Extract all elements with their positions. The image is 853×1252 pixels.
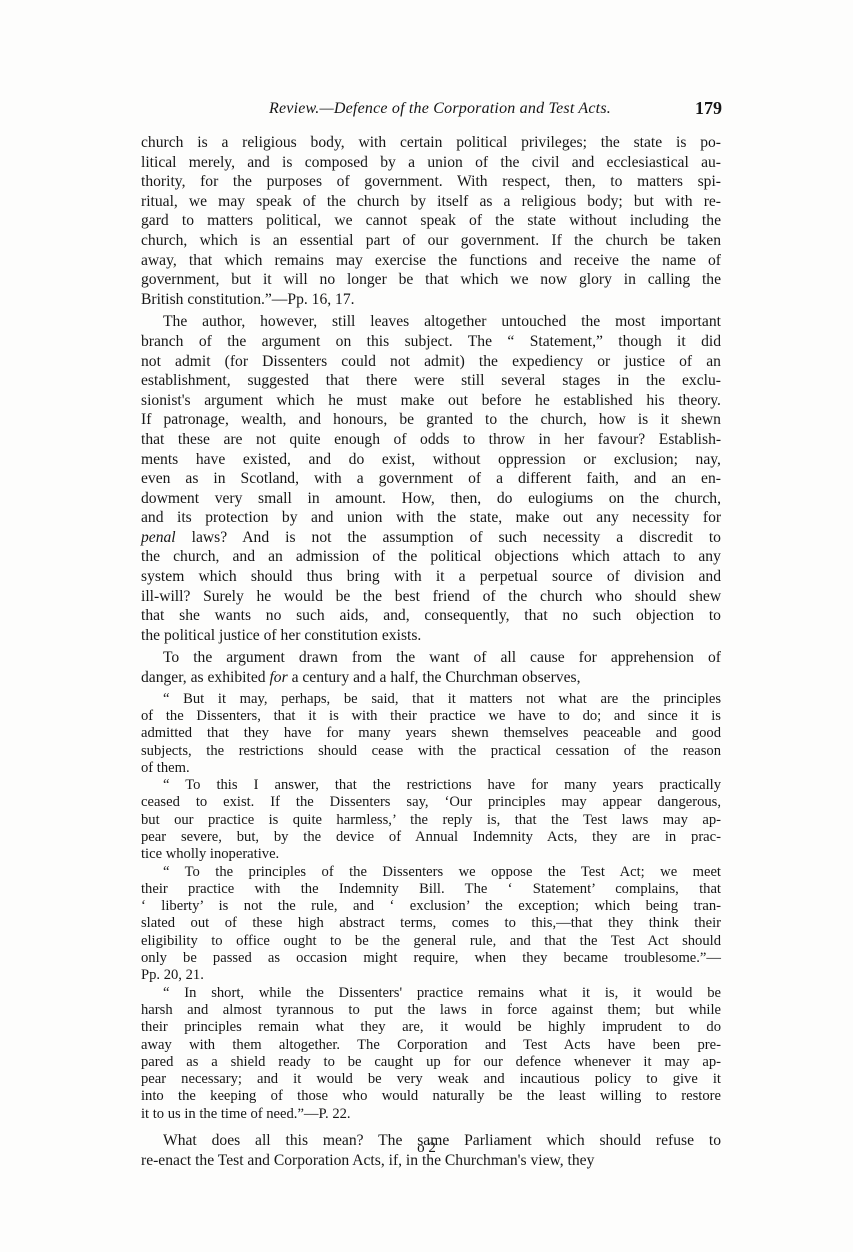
block-quote-paragraph: “ To the principles of the Dissenters we… (141, 864, 721, 985)
body-paragraph: To the argument drawn from the want of a… (141, 648, 721, 687)
text-line: “ To the principles of the Dissenters we… (141, 864, 721, 881)
text-line: gard to matters political, we cannot spe… (141, 211, 721, 231)
body-paragraph: The author, however, still leaves altoge… (141, 312, 721, 645)
text-line: of them. (141, 760, 721, 777)
text-line: that she wants no such aids, and, conseq… (141, 606, 721, 626)
text-line: dowment very small in amount. How, then,… (141, 489, 721, 509)
text-line: ‘ liberty’ is not the rule, and ‘ exclus… (141, 898, 721, 915)
text-line: that these are not quite enough of odds … (141, 430, 721, 450)
text-line: government, but it will no longer be tha… (141, 270, 721, 290)
text-line: church, which is an essential part of ou… (141, 231, 721, 251)
text-line: If patronage, wealth, and honours, be gr… (141, 410, 721, 430)
text-line: litical merely, and is composed by a uni… (141, 153, 721, 173)
block-quote-paragraph: “ In short, while the Dissenters' practi… (141, 985, 721, 1123)
text-line: their principles remain what they are, i… (141, 1019, 721, 1036)
text-line: subjects, the restrictions should cease … (141, 743, 721, 760)
text-line: To the argument drawn from the want of a… (141, 648, 721, 668)
running-head: Review.—Defence of the Corporation and T… (140, 100, 722, 122)
book-page: Review.—Defence of the Corporation and T… (0, 0, 853, 1252)
text-line: sionist's argument which he must make ou… (141, 391, 721, 411)
body-paragraph: church is a religious body, with certain… (141, 133, 721, 309)
block-quote-paragraph: “ But it may, perhaps, be said, that it … (141, 691, 721, 777)
text-line: it to us in the time of need.”—P. 22. (141, 1106, 721, 1123)
text-line: into the keeping of those who would natu… (141, 1088, 721, 1105)
text-line: British constitution.”—Pp. 16, 17. (141, 290, 721, 310)
text-line: the church, and an admission of the poli… (141, 547, 721, 567)
text-line: Pp. 20, 21. (141, 967, 721, 984)
text-line: church is a religious body, with certain… (141, 133, 721, 153)
text-line: slated out of these high abstract terms,… (141, 915, 721, 932)
text-line: away with them altogether. The Corporati… (141, 1037, 721, 1054)
text-line: pear necessary; and it would be very wea… (141, 1071, 721, 1088)
text-line: of the Dissenters, that it is with their… (141, 708, 721, 725)
text-line: ritual, we may speak of the church by it… (141, 192, 721, 212)
running-title: Review.—Defence of the Corporation and T… (230, 100, 650, 118)
text-line: penal laws? And is not the assumption of… (141, 528, 721, 548)
text-column: church is a religious body, with certain… (141, 133, 721, 1170)
text-line: the political justice of her constitutio… (141, 626, 721, 646)
text-line: harsh and almost tyrannous to put the la… (141, 1002, 721, 1019)
text-line: pear severe, but, by the device of Annua… (141, 829, 721, 846)
text-line: ceased to exist. If the Dissenters say, … (141, 794, 721, 811)
text-line: eligibility to office ought to be the ge… (141, 933, 721, 950)
text-line: away, that which remains may exercise th… (141, 251, 721, 271)
text-line: their practice with the Indemnity Bill. … (141, 881, 721, 898)
text-line: “ But it may, perhaps, be said, that it … (141, 691, 721, 708)
text-line: tice wholly inoperative. (141, 846, 721, 863)
text-line: The author, however, still leaves altoge… (141, 312, 721, 332)
signature-mark: o 2 (0, 1140, 853, 1157)
text-line: admitted that they have for many years s… (141, 725, 721, 742)
text-line: “ In short, while the Dissenters' practi… (141, 985, 721, 1002)
text-line: only be passed as occasion might require… (141, 950, 721, 967)
text-line: ill-will? Surely he would be the best fr… (141, 587, 721, 607)
text-line: system which should thus bring with it a… (141, 567, 721, 587)
page-number: 179 (695, 98, 722, 119)
text-line: pared as a shield ready to be caught up … (141, 1054, 721, 1071)
text-line: “ To this I answer, that the restriction… (141, 777, 721, 794)
text-line: ments have existed, and do exist, withou… (141, 450, 721, 470)
text-line: but our practice is quite harmless,’ the… (141, 812, 721, 829)
text-line: not admit (for Dissenters could not admi… (141, 352, 721, 372)
text-line: and its protection by and union with the… (141, 508, 721, 528)
block-quote-paragraph: “ To this I answer, that the restriction… (141, 777, 721, 863)
text-line: even as in Scotland, with a government o… (141, 469, 721, 489)
text-line: danger, as exhibited for a century and a… (141, 668, 721, 688)
text-line: establishment, suggested that there were… (141, 371, 721, 391)
text-line: thority, for the purposes of government.… (141, 172, 721, 192)
text-line: branch of the argument on this subject. … (141, 332, 721, 352)
